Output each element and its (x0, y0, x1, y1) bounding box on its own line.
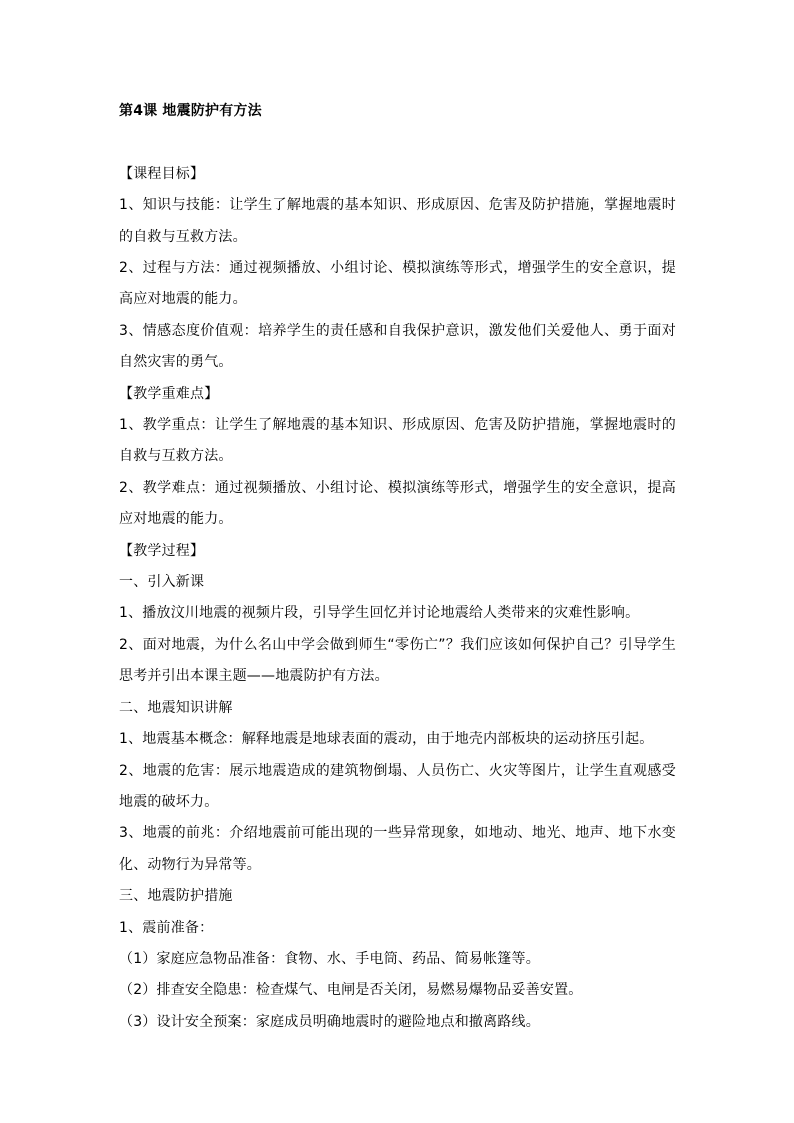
intro-step-2: 2、面对地震，为什么名山中学会做到师生“零伤亡”？我们应该如何保护自己？引导学生… (119, 630, 676, 693)
objective-emotion-values: 3、情感态度价值观：培养学生的责任感和自我保护意识，激发他们关爱他人、勇于面对自… (119, 316, 676, 379)
knowledge-hazards: 2、地震的危害：展示地震造成的建筑物倒塌、人员伤亡、火灾等图片，让学生直观感受地… (119, 756, 676, 819)
preparation-item-1: （1）家庭应急物品准备：食物、水、手电筒、药品、简易帐篷等。 (119, 944, 676, 975)
teaching-difficulty: 2、教学难点：通过视频播放、小组讨论、模拟演练等形式，增强学生的安全意识，提高应… (119, 473, 676, 536)
knowledge-precursors: 3、地震的前兆：介绍地震前可能出现的一些异常现象，如地动、地光、地声、地下水变化… (119, 818, 676, 881)
subsection-earthquake-knowledge: 二、地震知识讲解 (119, 693, 676, 724)
preparation-item-2: （2）排查安全隐患：检查煤气、电闸是否关闭，易燃易爆物品妥善安置。 (119, 975, 676, 1006)
subsection-intro-new-lesson: 一、引入新课 (119, 567, 676, 598)
preparation-item-3: （3）设计安全预案：家庭成员明确地震时的避险地点和撤离路线。 (119, 1007, 676, 1038)
objective-process-methods: 2、过程与方法：通过视频播放、小组讨论、模拟演练等形式，增强学生的安全意识，提高… (119, 253, 676, 316)
objective-knowledge-skills: 1、知识与技能：让学生了解地震的基本知识、形成原因、危害及防护措施，掌握地震时的… (119, 190, 676, 253)
document-content: 第4课 地震防护有方法 【课程目标】 1、知识与技能：让学生了解地震的基本知识、… (119, 96, 676, 1038)
pre-quake-preparation-heading: 1、震前准备： (119, 913, 676, 944)
section-heading-teaching-process: 【教学过程】 (119, 536, 676, 567)
knowledge-basic-concept: 1、地震基本概念：解释地震是地球表面的震动，由于地壳内部板块的运动挤压引起。 (119, 724, 676, 755)
document-title: 第4课 地震防护有方法 (119, 96, 676, 127)
intro-step-1: 1、播放汶川地震的视频片段，引导学生回忆并讨论地震给人类带来的灾难性影响。 (119, 598, 676, 629)
teaching-key-point: 1、教学重点：让学生了解地震的基本知识、形成原因、危害及防护措施，掌握地震时的自… (119, 410, 676, 473)
subsection-protection-measures: 三、地震防护措施 (119, 881, 676, 912)
document-page: 第4课 地震防护有方法 【课程目标】 1、知识与技能：让学生了解地震的基本知识、… (0, 0, 794, 1123)
section-heading-teaching-key-points: 【教学重难点】 (119, 379, 676, 410)
section-heading-course-objectives: 【课程目标】 (119, 159, 676, 190)
